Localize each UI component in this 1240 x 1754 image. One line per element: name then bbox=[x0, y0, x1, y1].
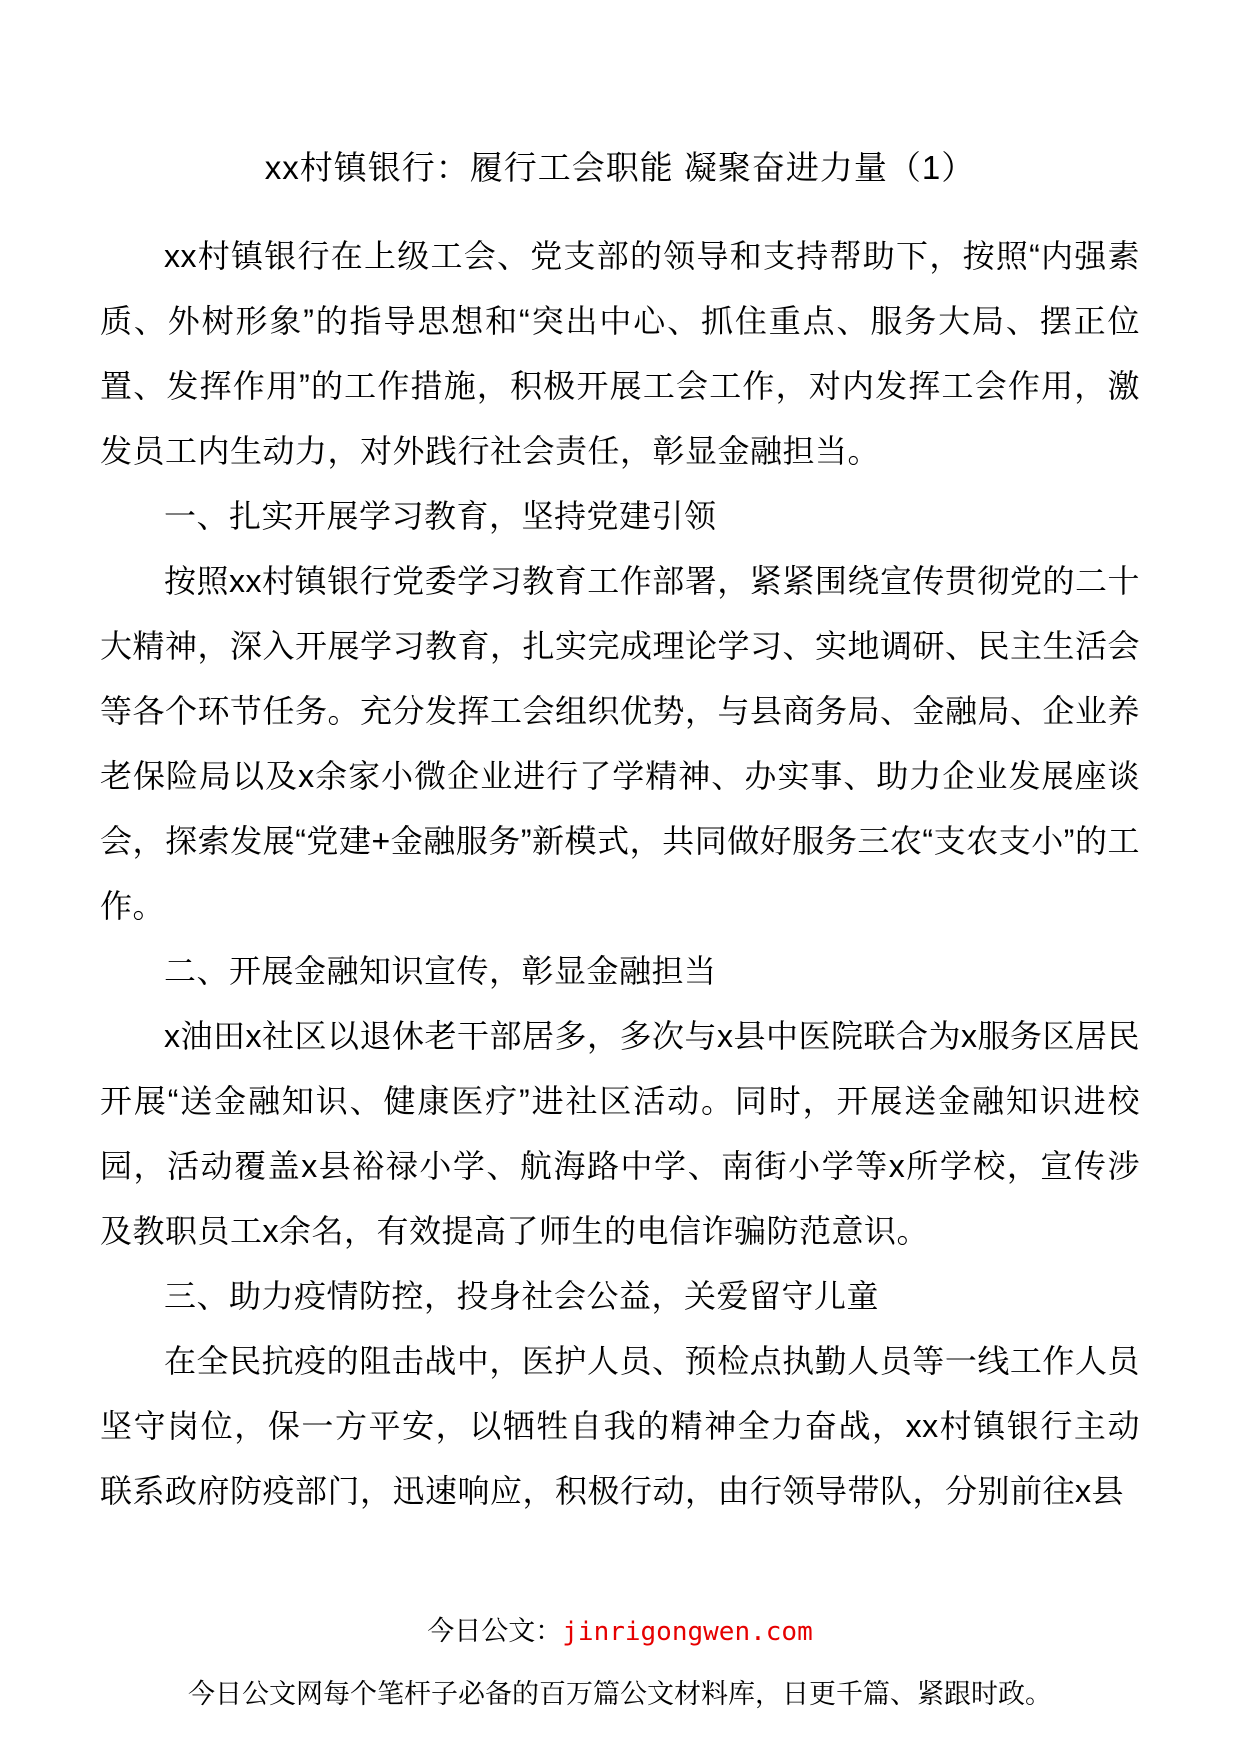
footer-site-link[interactable]: jinrigongwen.com bbox=[562, 1617, 812, 1647]
footer-site-label: 今日公文： bbox=[427, 1616, 562, 1646]
section-heading: 一、扎实开展学习教育，坚持党建引领 bbox=[100, 484, 1140, 549]
section-heading: 二、开展金融知识宣传，彰显金融担当 bbox=[100, 939, 1140, 1004]
document-body: xx村镇银行在上级工会、党支部的领导和支持帮助下，按照“内强素质、外树形象”的指… bbox=[100, 224, 1140, 1524]
footer-site-line: 今日公文：jinrigongwen.com bbox=[0, 1600, 1240, 1663]
section-heading: 三、助力疫情防控，投身社会公益，关爱留守儿童 bbox=[100, 1264, 1140, 1329]
body-paragraph: 按照xx村镇银行党委学习教育工作部署，紧紧围绕宣传贯彻党的二十大精神，深入开展学… bbox=[100, 549, 1140, 939]
document-title: xx村镇银行：履行工会职能 凝聚奋进力量（1） bbox=[0, 0, 1240, 188]
body-paragraph: x油田x社区以退休老干部居多，多次与x县中医院联合为x服务区居民开展“送金融知识… bbox=[100, 1004, 1140, 1264]
footer-tagline: 今日公文网每个笔杆子必备的百万篇公文材料库，日更千篇、紧跟时政。 bbox=[0, 1663, 1240, 1725]
body-paragraph: xx村镇银行在上级工会、党支部的领导和支持帮助下，按照“内强素质、外树形象”的指… bbox=[100, 224, 1140, 484]
body-paragraph: 在全民抗疫的阻击战中，医护人员、预检点执勤人员等一线工作人员坚守岗位，保一方平安… bbox=[100, 1329, 1140, 1524]
document-footer: 今日公文：jinrigongwen.com 今日公文网每个笔杆子必备的百万篇公文… bbox=[0, 1600, 1240, 1725]
document-page: xx村镇银行：履行工会职能 凝聚奋进力量（1） xx村镇银行在上级工会、党支部的… bbox=[0, 0, 1240, 1754]
